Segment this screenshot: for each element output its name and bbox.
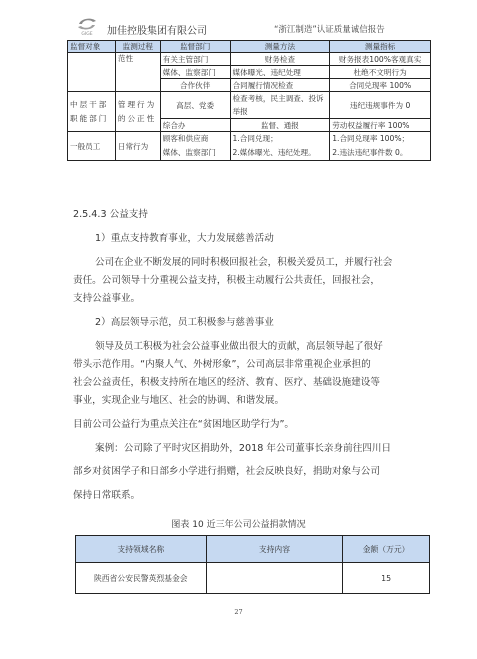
cell-indicator: 合同兑现率 100% (330, 79, 431, 92)
paragraph-line: 支持公益事业。 (73, 290, 140, 304)
cell-dept: 合作伙伴 (160, 79, 230, 92)
svg-text:GIGE: GIGE (81, 31, 92, 36)
cell-method: 合同履行情况检查 (230, 79, 330, 92)
section-heading: 2.5.4.3 公益支持 (73, 206, 148, 220)
table-row: 中层干部职能部门 管理行为的公正性 高层、党委 检查考核，民主调查、投诉举报 违… (68, 92, 431, 119)
cell-dept: 顾客和供应商 媒体、监察部门 (160, 132, 230, 161)
subheading-2: 2）高层领导示范，员工积极参与慈善事业 (95, 314, 274, 328)
cell-line: 2.违法违纪事件数 0。 (332, 146, 428, 160)
cell-content (206, 563, 343, 594)
column-header: 监督部门 (160, 41, 230, 53)
page-number: 27 (0, 608, 477, 616)
cell-dept: 有关主管部门 (160, 53, 230, 66)
paragraph-line: 目前公司公益行为重点关注在“贫困地区助学行为”。 (73, 416, 294, 430)
company-logo-icon: GIGE (74, 16, 100, 36)
report-title: “浙江制造”认证质量诚信报告 (274, 23, 385, 35)
table-row: 一般员工 日常行为 顾客和供应商 媒体、监察部门 1.合同兑现； 2.媒体曝光、… (68, 132, 431, 161)
cell-object: 中层干部职能部门 (68, 92, 116, 132)
paragraph-line: 带头示范作用。“内聚人气、外树形象”，公司高层非常重视企业承担的 (73, 356, 371, 370)
cell-method: 1.合同兑现； 2.媒体曝光、违纪处理。 (230, 132, 330, 161)
cell-amount: 15 (343, 563, 430, 594)
paragraph-line: 社会公益责任，积极支持所在地区的经济、教育、医疗、基础设施建设等 (73, 374, 380, 388)
donation-table: 支持领域名称 支持内容 金额（万元） 陕西省公安民警英烈基金会 15 (75, 535, 430, 594)
cell-method: 检查考核，民主调查、投诉举报 (230, 92, 330, 119)
cell-indicator: 违纪违规事件为 0 (330, 92, 431, 119)
paragraph-line: 领导及员工积极为社会公益事业做出很大的贡献，高层领导起了很好 (95, 338, 383, 352)
cell-process: 日常行为 (115, 132, 160, 161)
table-header-row: 支持领域名称 支持内容 金额（万元） (76, 536, 430, 563)
column-header: 支持领域名称 (76, 536, 207, 563)
paragraph-line: 事业，实现企业与地区、社会的协调、和谐发展。 (73, 392, 284, 406)
supervision-table: 监督对象 监测过程 监督部门 测量方法 测量指标 范性 有关主管部门 财务检查 … (67, 40, 431, 161)
company-name: 加佳控股集团有限公司 (107, 22, 207, 37)
paragraph-line: 责任。公司领导十分重视公益支持，积极主动履行公共责任，回报社会， (73, 272, 380, 286)
table-header-row: 监督对象 监测过程 监督部门 测量方法 测量指标 (68, 41, 431, 53)
cell-indicator: 1.合同兑现率 100%； 2.违法违纪事件数 0。 (330, 132, 431, 161)
cell-process: 范性 (115, 53, 160, 92)
table-caption: 图表 10 近三年公司公益捐款情况 (0, 517, 477, 530)
cell-dept: 媒体、监察部门 (160, 66, 230, 79)
page-header: GIGE 加佳控股集团有限公司 “浙江制造”认证质量诚信报告 (66, 16, 432, 38)
cell-dept: 综合办 (160, 119, 230, 132)
cell-method: 媒体曝光、违纪处理 (230, 66, 330, 79)
paragraph-line: 公司在企业不断发展的同时积极回报社会，积极关爱员工，并履行社会 (95, 254, 392, 268)
column-header: 测量指标 (330, 41, 431, 53)
cell-dept: 高层、党委 (160, 92, 230, 119)
cell-line: 2.媒体曝光、违纪处理。 (233, 146, 328, 160)
column-header: 监督对象 (68, 41, 116, 53)
paragraph-line: 保持日常联系。 (73, 487, 140, 501)
paragraph-line: 案例：公司除了平时灾区捐助外，2018 年公司董事长亲身前往四川日 (95, 440, 391, 454)
cell-object: 一般员工 (68, 132, 116, 161)
cell-indicator: 杜绝不文明行为 (330, 66, 431, 79)
cell-line: 1.合同兑现率 100%； (332, 132, 428, 146)
cell-indicator: 财务报表100%客观真实 (330, 53, 431, 66)
table-row: 范性 有关主管部门 财务检查 财务报表100%客观真实 (68, 53, 431, 66)
column-header: 金额（万元） (343, 536, 430, 563)
subheading-1: 1）重点支持教育事业，大力发展慈善活动 (95, 230, 274, 244)
paragraph-line: 部乡对贫困学子和日部乡小学进行捐赠，社会反映良好，捐助对象与公司 (73, 463, 380, 477)
cell-line: 1.合同兑现； (233, 132, 328, 146)
cell-process: 管理行为的公正性 (115, 92, 160, 132)
table-row: 陕西省公安民警英烈基金会 15 (76, 563, 430, 594)
column-header: 监测过程 (115, 41, 160, 53)
cell-method: 监督、通报 (230, 119, 330, 132)
cell-indicator: 劳动权益履行率 100% (330, 119, 431, 132)
cell-method: 财务检查 (230, 53, 330, 66)
cell-object (68, 53, 116, 92)
column-header: 测量方法 (230, 41, 330, 53)
cell-line: 顾客和供应商 (163, 132, 228, 146)
cell-line: 媒体、监察部门 (163, 146, 228, 160)
cell-field: 陕西省公安民警英烈基金会 (76, 563, 207, 594)
column-header: 支持内容 (206, 536, 343, 563)
